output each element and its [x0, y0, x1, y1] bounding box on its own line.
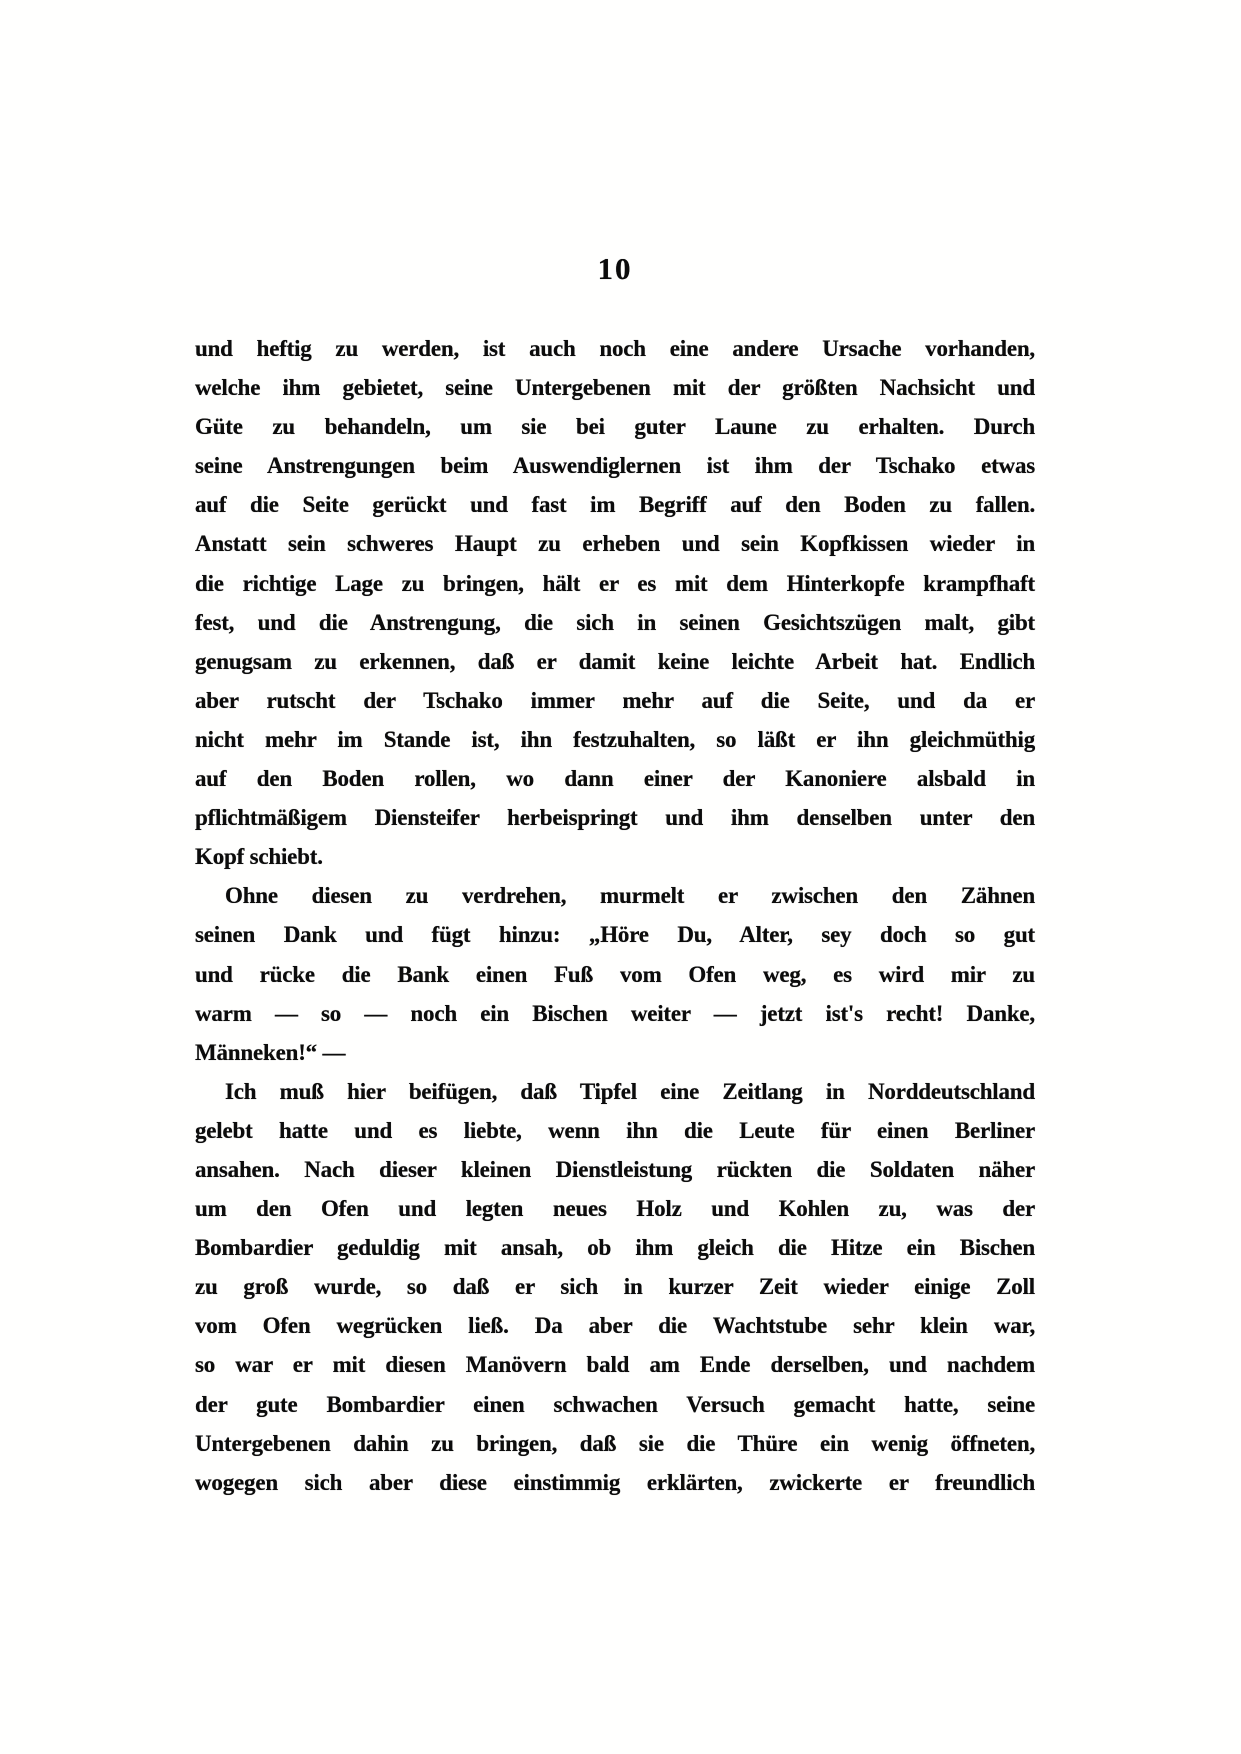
- text-line: wogegen sich aber diese einstimmig erklä…: [195, 1463, 1035, 1502]
- text-line: fest, und die Anstrengung, die sich in s…: [195, 603, 1035, 642]
- text-line: genugsam zu erkennen, daß er damit keine…: [195, 642, 1035, 681]
- text-line: Ich muß hier beifügen, daß Tipfel eine Z…: [195, 1072, 1035, 1111]
- text-line: ansahen. Nach dieser kleinen Dienstleist…: [195, 1150, 1035, 1189]
- text-line: Güte zu behandeln, um sie bei guter Laun…: [195, 407, 1035, 446]
- text-line: Kopf schiebt.: [195, 837, 1035, 876]
- text-line: und heftig zu werden, ist auch noch eine…: [195, 329, 1035, 368]
- text-line: die richtige Lage zu bringen, hält er es…: [195, 564, 1035, 603]
- text-line: vom Ofen wegrücken ließ. Da aber die Wac…: [195, 1306, 1035, 1345]
- text-line: gelebt hatte und es liebte, wenn ihn die…: [195, 1111, 1035, 1150]
- text-line: und rücke die Bank einen Fuß vom Ofen we…: [195, 955, 1035, 994]
- text-line: aber rutscht der Tschako immer mehr auf …: [195, 681, 1035, 720]
- text-line: Männeken!“ —: [195, 1033, 1035, 1072]
- text-line: auf den Boden rollen, wo dann einer der …: [195, 759, 1035, 798]
- text-line: Anstatt sein schweres Haupt zu erheben u…: [195, 524, 1035, 563]
- text-line: welche ihm gebietet, seine Untergebenen …: [195, 368, 1035, 407]
- text-line: seine Anstrengungen beim Auswendiglernen…: [195, 446, 1035, 485]
- text-line: Bombardier geduldig mit ansah, ob ihm gl…: [195, 1228, 1035, 1267]
- page-number: 10: [195, 251, 1035, 287]
- text-line: so war er mit diesen Manövern bald am En…: [195, 1345, 1035, 1384]
- text-line: seinen Dank und fügt hinzu: „Höre Du, Al…: [195, 915, 1035, 954]
- text-line: nicht mehr im Stande ist, ihn festzuhalt…: [195, 720, 1035, 759]
- text-line: Untergebenen dahin zu bringen, daß sie d…: [195, 1424, 1035, 1463]
- body-text: und heftig zu werden, ist auch noch eine…: [195, 329, 1035, 1502]
- text-line: pflichtmäßigem Diensteifer herbeispringt…: [195, 798, 1035, 837]
- text-line: um den Ofen und legten neues Holz und Ko…: [195, 1189, 1035, 1228]
- text-line: Ohne diesen zu verdrehen, murmelt er zwi…: [195, 876, 1035, 915]
- book-page: 10 und heftig zu werden, ist auch noch e…: [0, 0, 1241, 1754]
- text-line: warm — so — noch ein Bischen weiter — je…: [195, 994, 1035, 1033]
- text-line: auf die Seite gerückt und fast im Begrif…: [195, 485, 1035, 524]
- text-line: zu groß wurde, so daß er sich in kurzer …: [195, 1267, 1035, 1306]
- text-line: der gute Bombardier einen schwachen Vers…: [195, 1385, 1035, 1424]
